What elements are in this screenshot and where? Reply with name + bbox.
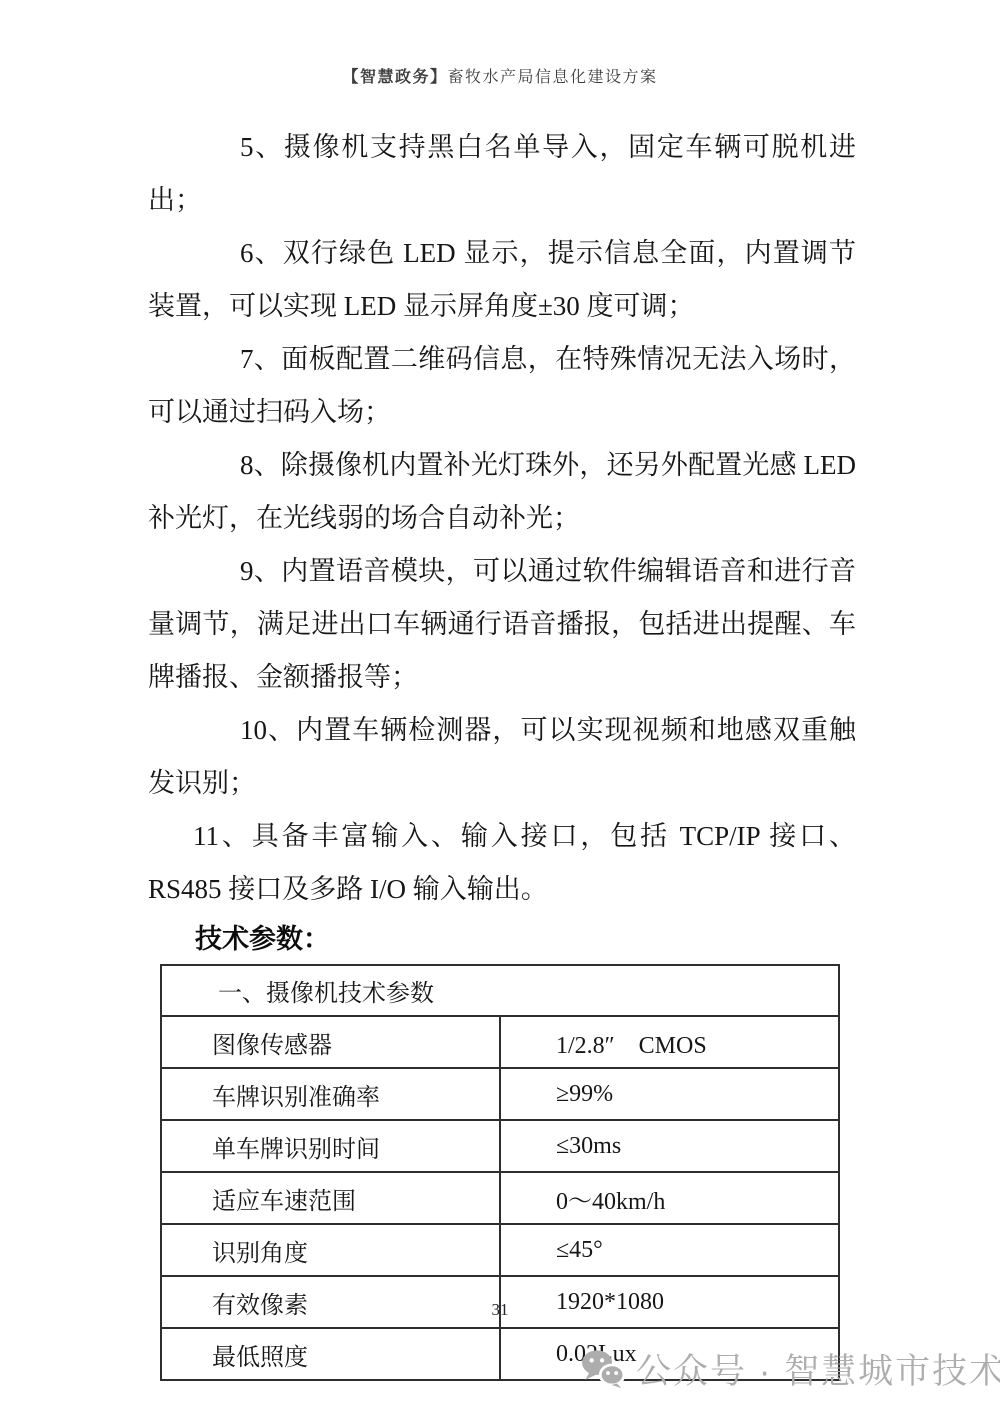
spec-value: ≤45° [500, 1224, 839, 1276]
section-heading: 技术参数： [148, 916, 856, 962]
spec-value: 1/2.8″ CMOS [500, 1016, 839, 1068]
header-tag: 【智慧政务】 [342, 69, 447, 86]
spec-label: 车牌识别准确率 [161, 1068, 500, 1120]
table-title: 一、摄像机技术参数 [161, 965, 839, 1016]
paragraph-item-10: 10、内置车辆检测器，可以实现视频和地感双重触发识别； [148, 704, 856, 810]
page-number: 31 [0, 1300, 1000, 1320]
header-title: 畜牧水产局信息化建设方案 [448, 69, 658, 86]
spec-label: 图像传感器 [161, 1016, 500, 1068]
paragraph-item-9: 9、内置语音模块，可以通过软件编辑语音和进行音量调节，满足进出口车辆通行语音播报… [148, 545, 856, 704]
table-title-row: 一、摄像机技术参数 [161, 965, 839, 1016]
document-page: 【智慧政务】畜牧水产局信息化建设方案 5、摄像机支持黑白名单导入，固定车辆可脱机… [0, 0, 1000, 1414]
paragraph-item-8: 8、除摄像机内置补光灯珠外，还另外配置光感 LED 补光灯，在光线弱的场合自动补… [148, 439, 856, 545]
table-row: 单车牌识别时间 ≤30ms [161, 1120, 839, 1172]
table-row: 适应车速范围 0～40km/h [161, 1172, 839, 1224]
paragraph-item-7: 7、面板配置二维码信息，在特殊情况无法入场时，可以通过扫码入场； [148, 333, 856, 439]
document-body: 5、摄像机支持黑白名单导入，固定车辆可脱机进出； 6、双行绿色 LED 显示，提… [148, 121, 856, 1381]
spec-label: 单车牌识别时间 [161, 1120, 500, 1172]
spec-label: 适应车速范围 [161, 1172, 500, 1224]
paragraph-item-11: 11、具备丰富输入、输入接口，包括 TCP/IP 接口、RS485 接口及多路 … [148, 810, 856, 916]
spec-label: 最低照度 [161, 1328, 500, 1380]
spec-value: ≥99% [500, 1068, 839, 1120]
watermark: 公众号 · 智慧城市技术咨询 [581, 1344, 1000, 1394]
spec-label: 识别角度 [161, 1224, 500, 1276]
wechat-icon [581, 1349, 625, 1389]
spec-value: 0～40km/h [500, 1172, 839, 1224]
paragraph-item-6: 6、双行绿色 LED 显示，提示信息全面，内置调节装置，可以实现 LED 显示屏… [148, 227, 856, 333]
page-header: 【智慧政务】畜牧水产局信息化建设方案 [0, 64, 1000, 87]
table-row: 识别角度 ≤45° [161, 1224, 839, 1276]
table-row: 车牌识别准确率 ≥99% [161, 1068, 839, 1120]
paragraph-item-5: 5、摄像机支持黑白名单导入，固定车辆可脱机进出； [148, 121, 856, 227]
watermark-text: 公众号 · 智慧城市技术咨询 [636, 1344, 1000, 1394]
spec-value: ≤30ms [500, 1120, 839, 1172]
table-row: 图像传感器 1/2.8″ CMOS [161, 1016, 839, 1068]
